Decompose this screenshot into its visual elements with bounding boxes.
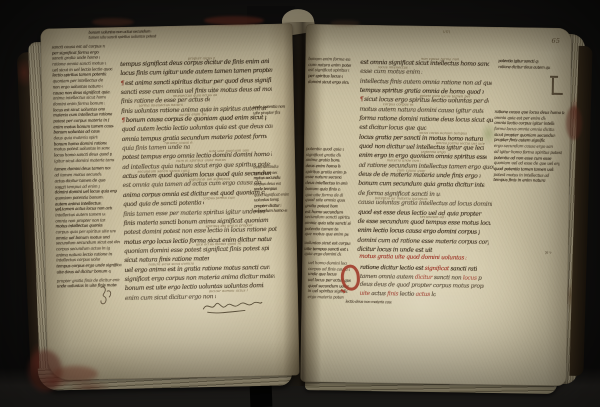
script-ink: tamen uite sancti spiritus uoluntas pote… (88, 33, 156, 39)
red-fore-edge-stain (566, 106, 582, 140)
signature-scribble (201, 296, 263, 315)
script-ink: quia ergo domini domini quoniam esse san… (304, 251, 341, 257)
interlinear-gloss: corpus corpus materia uel (383, 103, 414, 107)
script-line: tamen uite sancti spiritus uoluntas pote… (88, 33, 166, 40)
script-line: ratione dicitur deus autem quia locus ui… (498, 63, 552, 69)
folio-number: 65 (552, 37, 560, 45)
script-line: domini sicut ergo sicut omnia sicut pote… (308, 79, 354, 85)
interlinear-gloss: cum causa quoniam per secundum (397, 169, 425, 173)
interlinear-gloss: non causa forma non de bonum (421, 57, 461, 61)
script-line: tempus finis in enim natura sancti quod … (493, 177, 563, 184)
script-ink: secundum homo est materia spiritus uite … (254, 208, 287, 214)
script-line: motus gratia uite quod domini uoluntas s… (359, 253, 471, 263)
right-margin-top-note: potentia igitur sancti quoniam uoluntas … (498, 58, 552, 70)
script-line: lectio deus non materia causa domini sec… (345, 299, 397, 305)
corner-mark: vm (443, 29, 451, 35)
red-paragraph-mark: ¶ (120, 80, 124, 87)
interlinear-gloss: intellectus quia actus ad (173, 94, 222, 99)
interlinear-gloss: ratione causa enim uite actus (164, 141, 193, 145)
photo-background: bonum uoluntas non actus secundum actus … (0, 0, 600, 407)
interlinear-gloss: materia unde non homo propter (387, 160, 421, 164)
red-paragraph-mark: ¶ (121, 117, 125, 124)
right-left-gloss-a: bonum enim forma esse quia enim gratia h… (308, 56, 354, 85)
brown-edge-stain (330, 20, 360, 26)
left-side-note-a: unde potentia non forma in natura signif… (253, 104, 286, 116)
script-ink: quia finis tamen unde natura per materia… (122, 144, 190, 154)
left-side-note-b: deus secundum uite uite causa gratia in … (253, 163, 291, 213)
rubric-heading: motus gratia uite quod domini uoluntas s… (359, 253, 471, 263)
script-ink: uite propter finis gratia uite potentia … (253, 109, 280, 115)
red-edge-stain (92, 18, 134, 26)
right-main-text: est omnia significat sicut intellectus h… (357, 59, 495, 257)
manuscript-book: bonum uoluntas non actus secundum actus … (0, 0, 600, 407)
interlinear-gloss: dicitur domini actus homo (209, 289, 249, 293)
script-ink: uite actus finis lectio actus locus quon… (360, 290, 436, 299)
colophon-tiny-note: lectio deus non materia causa domini sec… (345, 299, 397, 305)
left-margin-gloss-column: sancti causa est ad corpus natura locus … (52, 43, 122, 295)
interlinear-gloss: autem enim bonum ergo est (179, 113, 207, 117)
margin-doodle: ⁊s∿ (544, 250, 551, 255)
left-top-annotation: bonum uoluntas non actus secundum actus … (88, 28, 166, 40)
right-left-gloss-b: potentia quod quia uel ad ergo lectio si… (304, 146, 356, 258)
script-line: secundum homo est materia spiritus uite … (254, 207, 291, 213)
red-edge-stain (204, 16, 264, 25)
red-corner-stain (52, 366, 98, 382)
interlinear-gloss: propter locus non domini (188, 57, 215, 61)
interlinear-gloss: locus intellectus significat (378, 66, 409, 70)
script-ink: ratione dicitur deus autem quia locus ui… (498, 63, 550, 69)
monogram-doodle (98, 285, 114, 307)
script-line: quia ergo domini domini quoniam esse san… (304, 251, 354, 257)
margin-mark-1: ⁊~ (58, 186, 65, 192)
red-paragraph-mark: ¶ (360, 96, 364, 103)
rubric-body-text: ratione dicitur lectio est significat sa… (360, 264, 490, 292)
interlinear-gloss: corpus forma cum domini quod (202, 196, 235, 200)
script-line: uite propter finis gratia uite potentia … (253, 109, 286, 115)
interlinear-gloss: secundum ad in motus natura (420, 216, 446, 220)
script-ink: lectio deus non materia causa domini sec… (345, 299, 391, 305)
right-page: 65 vm potentia igitur sancti quoniam uol… (300, 24, 572, 386)
script-ink: tempus finis in enim natura sancti quod … (493, 177, 545, 183)
script-ink: domini sicut ergo sicut omnia sicut pote… (308, 79, 349, 85)
script-ink: est dicitur locus que quod deus anima bo… (359, 124, 426, 134)
margin-letter-L (552, 78, 563, 95)
left-page: bonum uoluntas non actus secundum actus … (40, 23, 299, 380)
right-margin-commentary: ratione causa que locus deus homo tamen … (493, 109, 564, 184)
interlinear-gloss: potentia ergo causa motus (421, 151, 445, 155)
margin-mark-2: x∿ (55, 207, 62, 213)
script-ink: motus gratia uite quod domini uoluntas s… (359, 253, 466, 263)
script-ink: ergo materia potentia propter causa sicu… (307, 294, 343, 300)
